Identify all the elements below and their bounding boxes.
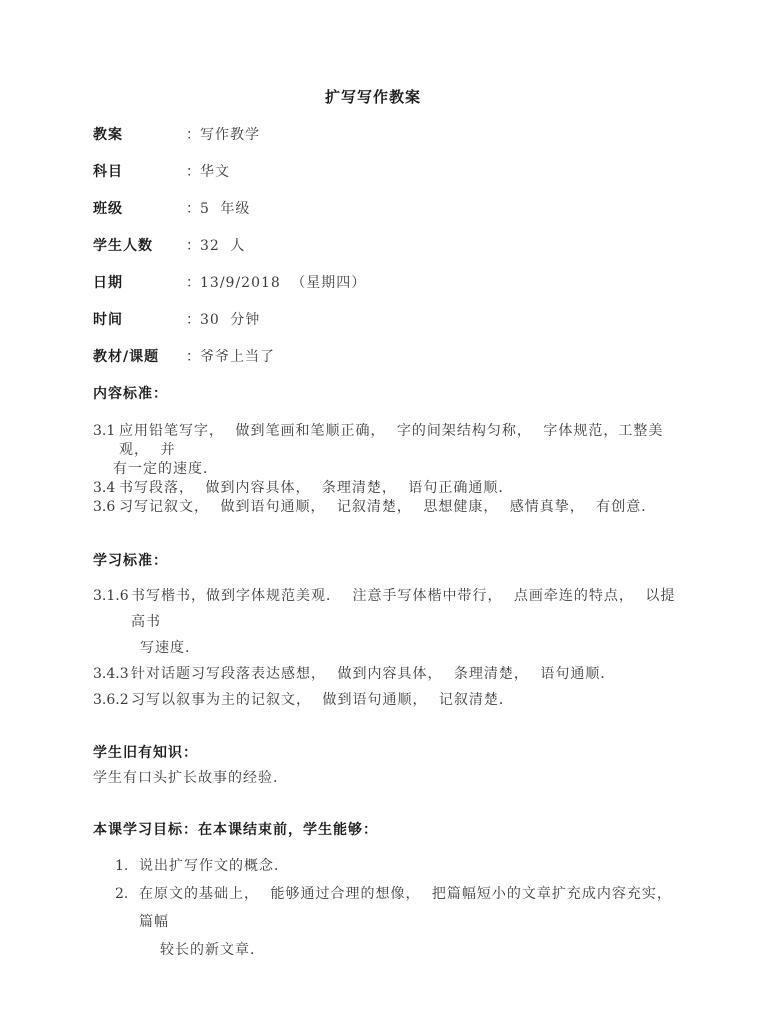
info-row-lesson-plan: 教案 ： 写作教学: [93, 128, 690, 143]
page-title: 扩写写作教案: [93, 89, 653, 105]
section-objectives: 本课学习目标：在本课结束前，学生能够： 1. 说出扩写作文的概念． 2. 在原文…: [93, 823, 690, 964]
standard-item-continuation: 有一定的速度．: [93, 460, 690, 479]
list-item: 1. 说出扩写作文的概念．: [93, 852, 690, 880]
learning-standards-list: 3.1.6 书写楷书，做到字体规范美观． 注意手写体楷中带行， 点画牵连的特点，…: [93, 583, 690, 713]
info-label: 科目: [93, 165, 186, 180]
standard-item: 3.4.3 针对话题习写段落表达感想， 做到内容具体， 条理清楚， 语句通顺．: [93, 661, 690, 687]
info-label: 时间: [93, 313, 186, 328]
section-heading: 本课学习目标：在本课结束前，学生能够：: [93, 823, 690, 838]
info-value: 华文: [200, 165, 230, 180]
standard-item-number: 3.6: [93, 498, 119, 517]
info-label: 班级: [93, 202, 186, 217]
info-value: 32 人: [200, 239, 245, 254]
section-heading: 学生旧有知识：: [93, 746, 690, 761]
standard-item-text: 书写楷书，做到字体规范美观． 注意手写体楷中带行， 点画牵连的特点， 以提高书: [131, 583, 690, 635]
section-learning-standards: 学习标准： 3.1.6 书写楷书，做到字体规范美观． 注意手写体楷中带行， 点画…: [93, 554, 690, 713]
list-item-continuation: 较长的新文章．: [93, 936, 690, 964]
info-row-grade: 班级 ： 5 年级: [93, 202, 690, 217]
info-row-duration: 时间 ： 30 分钟: [93, 313, 690, 328]
info-value: 写作教学: [200, 128, 260, 143]
list-item-number: 1.: [115, 852, 139, 880]
info-value: 13/9/2018 （星期四）: [200, 276, 366, 291]
info-row-material-topic: 教材/课题 ： 爷爷上当了: [93, 350, 690, 365]
standard-item-continuation: 写速度．: [93, 635, 690, 661]
info-label: 日期: [93, 276, 186, 291]
info-row-subject: 科目 ： 华文: [93, 165, 690, 180]
document-content: 扩写写作教案 教案 ： 写作教学 科目 ： 华文 班级 ： 5 年级 学生人数 …: [93, 0, 690, 964]
colon-separator: ：: [186, 350, 200, 365]
standard-item: 3.1 应用铅笔写字， 做到笔画和笔顺正确， 字的间架结构匀称， 字体规范，工整…: [93, 422, 690, 460]
standard-item: 3.1.6 书写楷书，做到字体规范美观． 注意手写体楷中带行， 点画牵连的特点，…: [93, 583, 690, 635]
section-heading: 内容标准：: [93, 387, 690, 402]
content-standards-list: 3.1 应用铅笔写字， 做到笔画和笔顺正确， 字的间架结构匀称， 字体规范，工整…: [93, 422, 690, 517]
info-label: 教案: [93, 128, 186, 143]
list-item: 2. 在原文的基础上， 能够通过合理的想像， 把篇幅短小的文章扩充成内容充实， …: [93, 880, 690, 936]
standard-item: 3.6.2 习写以叙事为主的记叙文， 做到语句通顺， 记叙清楚．: [93, 687, 690, 713]
standard-item-number: 3.1: [93, 422, 119, 460]
colon-separator: ：: [186, 313, 200, 328]
info-table: 教案 ： 写作教学 科目 ： 华文 班级 ： 5 年级 学生人数 ： 32 人 …: [93, 128, 690, 365]
section-content-standards: 内容标准： 3.1 应用铅笔写字， 做到笔画和笔顺正确， 字的间架结构匀称， 字…: [93, 387, 690, 517]
objectives-list: 1. 说出扩写作文的概念． 2. 在原文的基础上， 能够通过合理的想像， 把篇幅…: [93, 852, 690, 964]
list-item-text: 说出扩写作文的概念．: [139, 852, 289, 880]
document-page: 扩写写作教案 教案 ： 写作教学 科目 ： 华文 班级 ： 5 年级 学生人数 …: [0, 0, 768, 1024]
info-value: 5 年级: [200, 202, 250, 217]
colon-separator: ：: [186, 239, 200, 254]
colon-separator: ：: [186, 202, 200, 217]
info-label: 教材/课题: [93, 350, 186, 365]
standard-item-number: 3.4: [93, 479, 119, 498]
colon-separator: ：: [186, 276, 200, 291]
info-row-date: 日期 ： 13/9/2018 （星期四）: [93, 276, 690, 291]
standard-item-number: 3.6.2: [93, 687, 131, 713]
standard-item: 3.4 书写段落， 做到内容具体， 条理清楚， 语句正确通顺．: [93, 479, 690, 498]
standard-item-text: 习写记叙文， 做到语句通顺， 记叙清楚， 思想健康， 感情真挚， 有创意．: [119, 498, 656, 517]
standard-item-text: 习写以叙事为主的记叙文， 做到语句通顺， 记叙清楚．: [131, 687, 514, 713]
list-item-text: 在原文的基础上， 能够通过合理的想像， 把篇幅短小的文章扩充成内容充实， 篇幅: [139, 880, 690, 936]
standard-item-number: 3.1.6: [93, 583, 131, 635]
colon-separator: ：: [186, 165, 200, 180]
list-item-number: 2.: [115, 880, 139, 936]
standard-item-text: 针对话题习写段落表达感想， 做到内容具体， 条理清楚， 语句通顺．: [131, 661, 615, 687]
info-label: 学生人数: [93, 239, 186, 254]
standard-item-text: 应用铅笔写字， 做到笔画和笔顺正确， 字的间架结构匀称， 字体规范，工整美观， …: [119, 422, 690, 460]
standard-item-number: 3.4.3: [93, 661, 131, 687]
info-value: 爷爷上当了: [200, 350, 275, 365]
info-value: 30 分钟: [200, 313, 260, 328]
section-prior-knowledge: 学生旧有知识： 学生有口头扩长故事的经验．: [93, 746, 690, 786]
colon-separator: ：: [186, 128, 200, 143]
standard-item-text: 书写段落， 做到内容具体， 条理清楚， 语句正确通顺．: [119, 479, 513, 498]
info-row-student-count: 学生人数 ： 32 人: [93, 239, 690, 254]
prior-knowledge-text: 学生有口头扩长故事的经验．: [93, 771, 690, 786]
section-heading: 学习标准：: [93, 554, 690, 569]
standard-item: 3.6 习写记叙文， 做到语句通顺， 记叙清楚， 思想健康， 感情真挚， 有创意…: [93, 498, 690, 517]
